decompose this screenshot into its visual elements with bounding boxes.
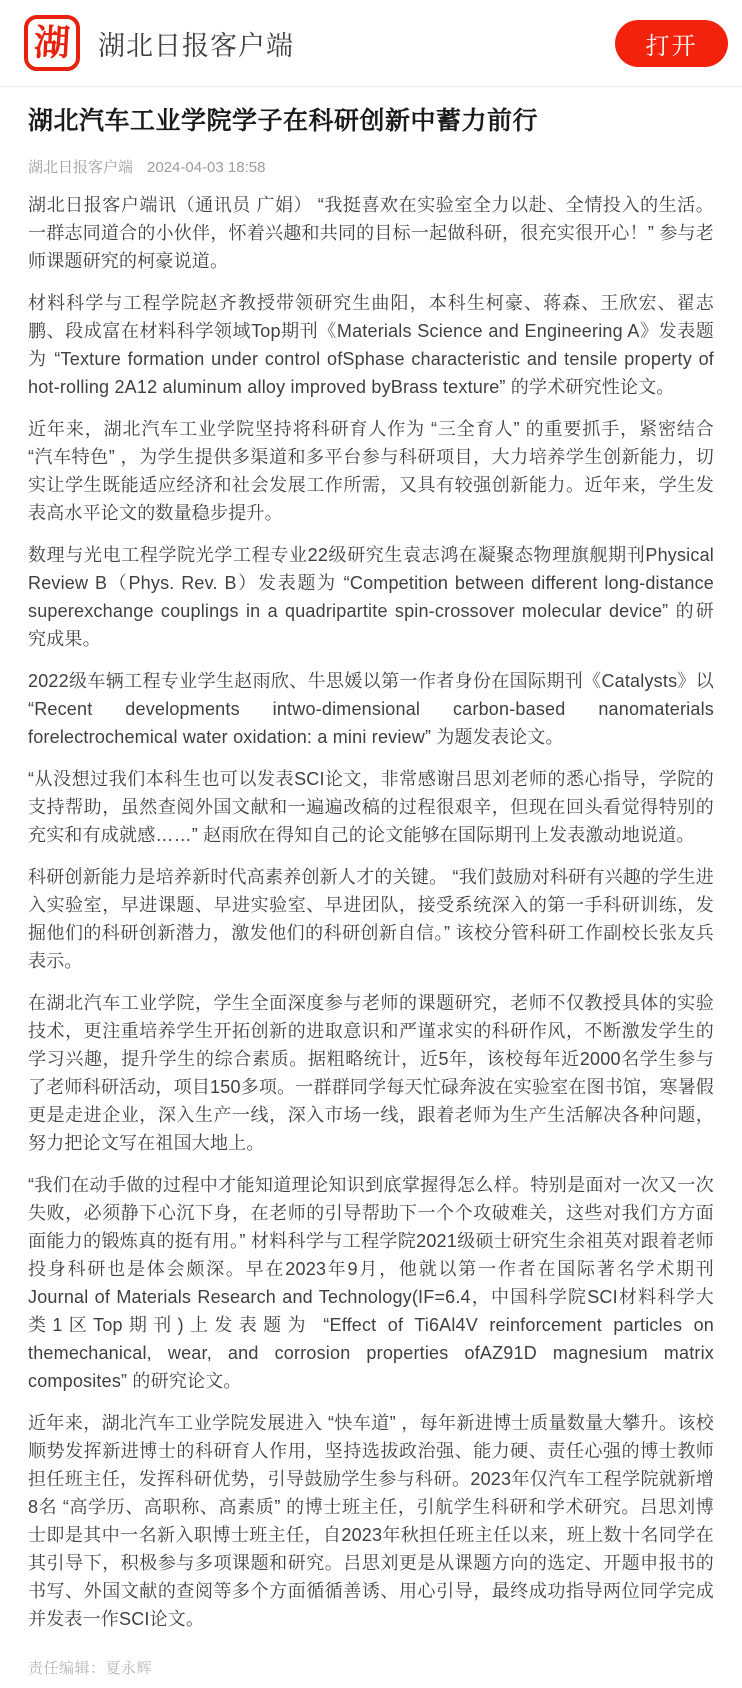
article-paragraph: 数理与光电工程学院光学工程专业22级研究生袁志鸿在凝聚态物理旗舰期刊Physic…	[28, 541, 714, 653]
article-meta: 湖北日报客户端 2024-04-03 18:58	[28, 156, 714, 177]
article-paragraph: 近年来，湖北汽车工业学院坚持将科研育人作为 “三全育人” 的重要抓手，紧密结合 …	[28, 415, 714, 527]
app-banner: 湖 湖北日报客户端 打开	[0, 0, 742, 87]
article-paragraph: 2022级车辆工程专业学生赵雨欣、牛思媛以第一作者身份在国际期刊《Catalys…	[28, 667, 714, 751]
article-paragraph: 科研创新能力是培养新时代高素养创新人才的关键。 “我们鼓励对科研有兴趣的学生进入…	[28, 863, 714, 975]
open-app-button[interactable]: 打开	[615, 20, 728, 67]
logo-seal-character: 湖	[33, 25, 71, 61]
page: 湖 湖北日报客户端 打开 湖北汽车工业学院学子在科研创新中蓄力前行 湖北日报客户…	[0, 0, 742, 1688]
article-source: 湖北日报客户端	[28, 156, 133, 177]
article-paragraph: 在湖北汽车工业学院，学生全面深度参与老师的课题研究，老师不仅教授具体的实验技术，…	[28, 989, 714, 1157]
article-body: 湖北日报客户端讯（通讯员 广娟） “我挺喜欢在实验室全力以赴、全情投入的生活。一…	[28, 191, 714, 1633]
hubei-daily-logo-icon: 湖	[24, 15, 80, 71]
article-paragraph: 近年来，湖北汽车工业学院发展进入 “快车道” ，每年新进博士质量数量大攀升。该校…	[28, 1409, 714, 1633]
article-paragraph: “我们在动手做的过程中才能知道理论知识到底掌握得怎么样。特别是面对一次又一次失败…	[28, 1171, 714, 1395]
article-title: 湖北汽车工业学院学子在科研创新中蓄力前行	[28, 104, 714, 138]
article: 湖北汽车工业学院学子在科研创新中蓄力前行 湖北日报客户端 2024-04-03 …	[0, 87, 742, 1678]
article-paragraph: 湖北日报客户端讯（通讯员 广娟） “我挺喜欢在实验室全力以赴、全情投入的生活。一…	[28, 191, 714, 275]
article-datetime: 2024-04-03 18:58	[147, 159, 265, 176]
article-paragraph: “从没想过我们本科生也可以发表SCI论文，非常感谢吕思刘老师的悉心指导，学院的支…	[28, 765, 714, 849]
editor-credit: 责任编辑：夏永辉	[28, 1657, 714, 1678]
app-name: 湖北日报客户端	[98, 24, 615, 63]
article-paragraph: 材料科学与工程学院赵齐教授带领研究生曲阳，本科生柯豪、蒋森、王欣宏、翟志鹏、段成…	[28, 289, 714, 401]
